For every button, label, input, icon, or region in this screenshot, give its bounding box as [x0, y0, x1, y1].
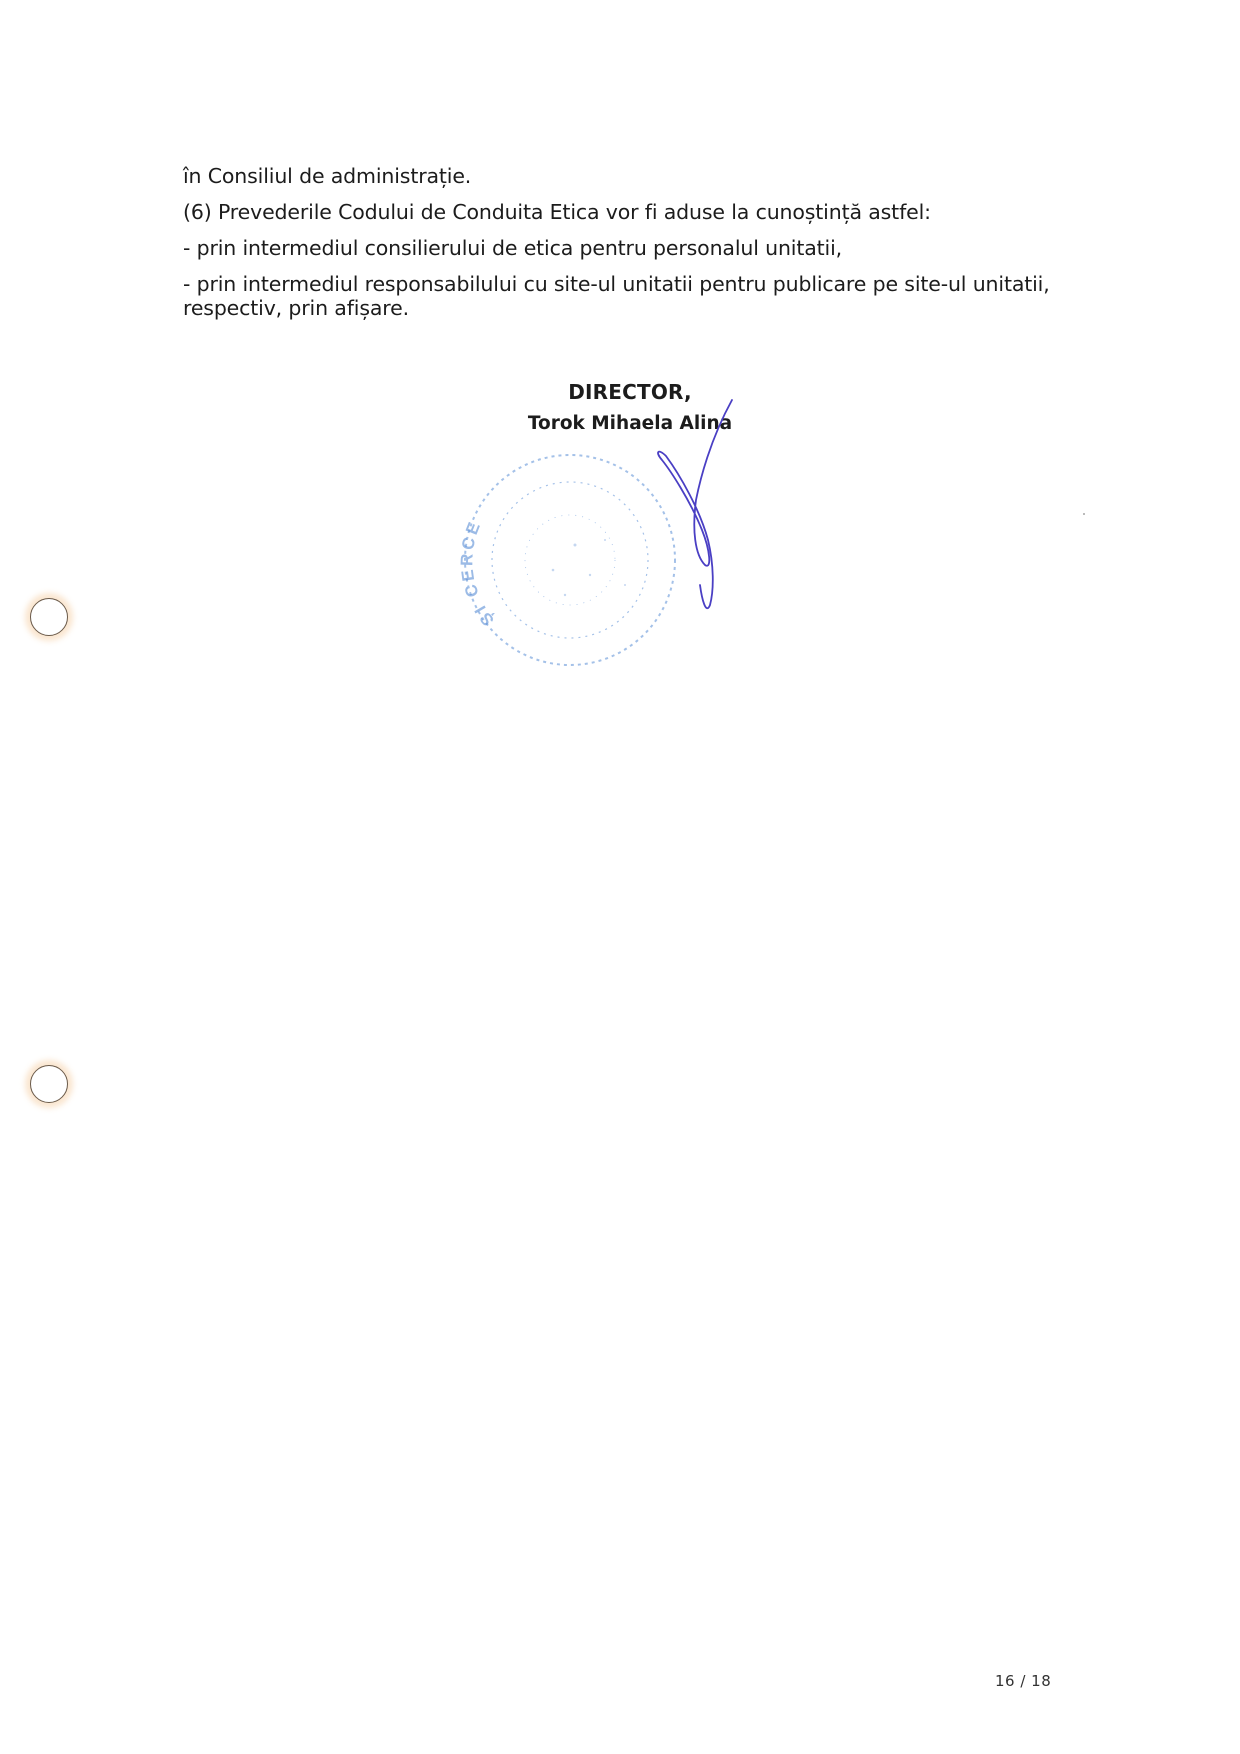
punch-hole	[30, 1065, 68, 1103]
stamp-text: ȘI CERCE	[457, 517, 498, 629]
document-page: în Consiliul de administrație. (6) Preve…	[0, 0, 1240, 1754]
paragraph-line: în Consiliul de administrație.	[183, 158, 1103, 194]
scan-speck	[1083, 513, 1085, 515]
list-item: - prin intermediul consilierului de etic…	[183, 230, 1103, 266]
paragraph-line: (6) Prevederile Codului de Conduita Etic…	[183, 194, 1103, 230]
handwritten-signature	[640, 390, 750, 620]
punch-hole	[30, 598, 68, 636]
page-number: 16 / 18	[995, 1672, 1051, 1690]
body-text: în Consiliul de administrație. (6) Preve…	[183, 158, 1103, 326]
svg-text:ȘI CERCE: ȘI CERCE	[457, 517, 498, 629]
